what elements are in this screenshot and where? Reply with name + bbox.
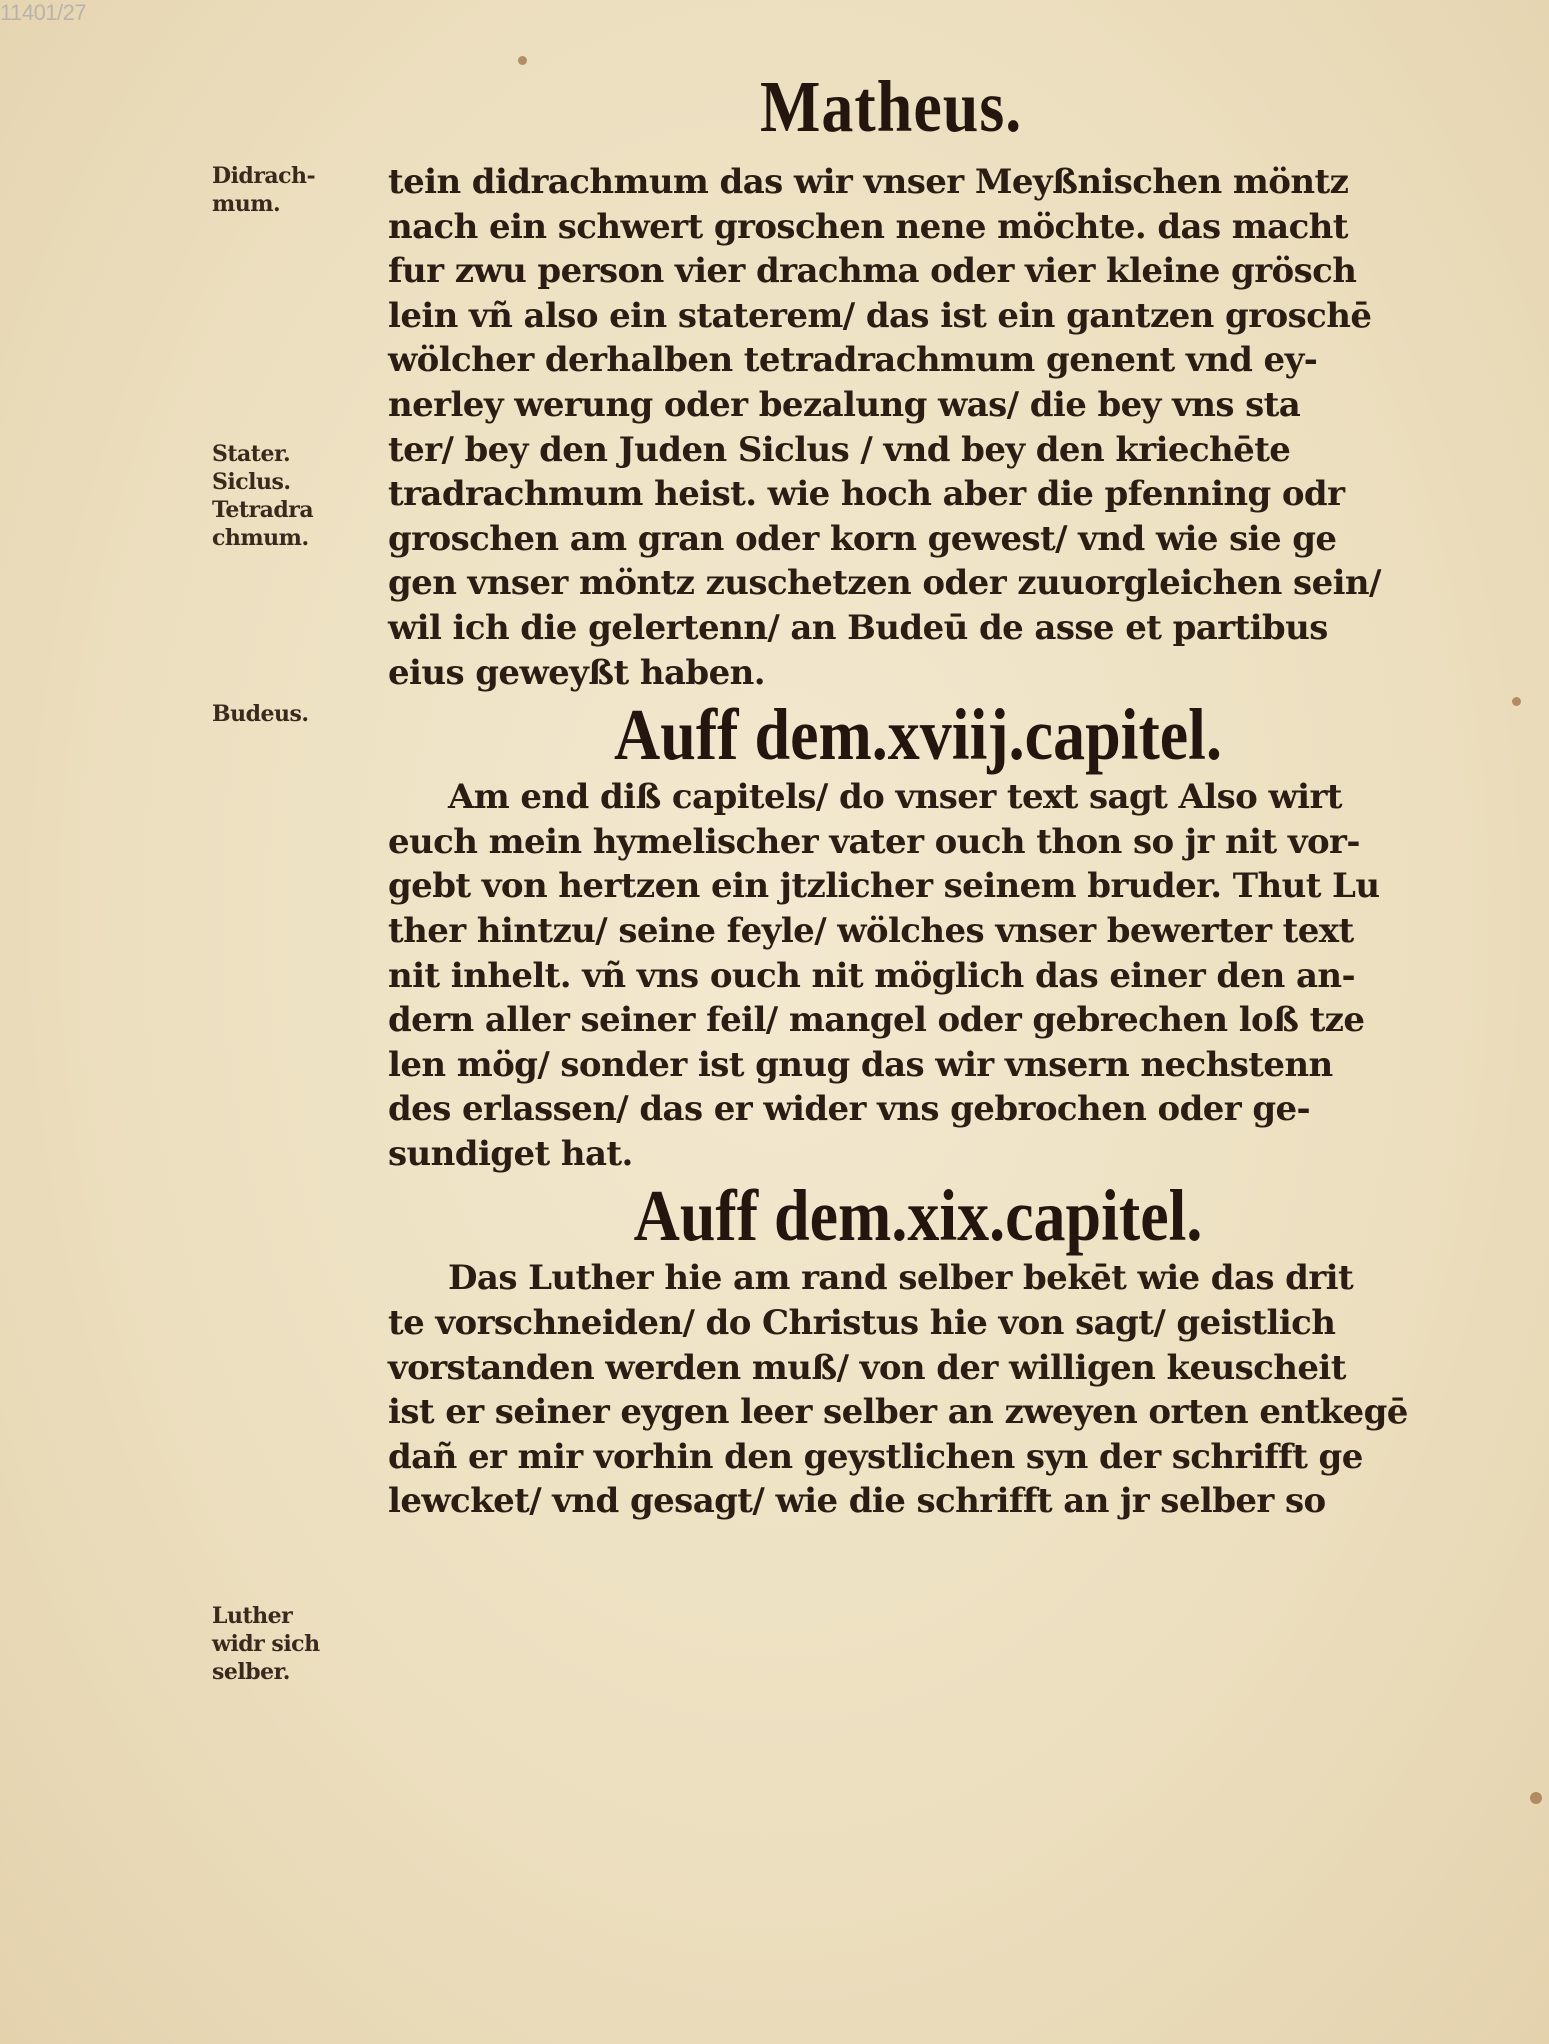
text-line: fur zwu person vier drachma oder vier kl…	[388, 249, 1448, 294]
text-line: te vorschneiden/ do Christus hie von sag…	[388, 1301, 1448, 1346]
text-line: len mög/ sonder ist gnug das wir vnsern …	[388, 1043, 1448, 1088]
text-line: groschen am gran oder korn gewest/ vnd w…	[388, 517, 1448, 562]
text-line: gen vnser möntz zuschetzen oder zuuorgle…	[388, 561, 1448, 606]
text-line: dern aller seiner feil/ mangel oder gebr…	[388, 998, 1448, 1043]
text-line: ter/ bey den Juden Siclus / vnd bey den …	[388, 428, 1448, 473]
margin-note-coins: Stater. Siclus. Tetradra chmum.	[212, 440, 313, 552]
section-chapter-18: Auff dem.xviij.capitel. Am end diß capit…	[388, 695, 1448, 1176]
margin-note-line: Tetradra	[212, 496, 313, 524]
text-line: wil ich die gelertenn/ an Budeū de asse …	[388, 606, 1448, 651]
paper-blemish	[518, 56, 527, 65]
text-line: euch mein hymelischer vater ouch thon so…	[388, 820, 1448, 865]
paper-blemish	[1512, 697, 1521, 706]
text-line: tein didrachmum das wir vnser Meyßnische…	[388, 160, 1448, 205]
chapter-heading: Auff dem.xviij.capitel.	[388, 689, 1448, 781]
text-line: gebt von hertzen ein jtzlicher seinem br…	[388, 864, 1448, 909]
margin-note-didrachmum: Didrach- mum.	[212, 162, 315, 218]
text-line: lewcket/ vnd gesagt/ wie die schrifft an…	[388, 1479, 1448, 1524]
body-text: tein didrachmum das wir vnser Meyßnische…	[388, 160, 1448, 1524]
margin-note-line: widr sich	[212, 1630, 320, 1658]
section-chapter-19: Auff dem.xix.capitel. Das Luther hie am …	[388, 1176, 1448, 1524]
text-line: Das Luther hie am rand selber bekēt wie …	[388, 1256, 1448, 1301]
text-line: des erlassen/ das er wider vns gebrochen…	[388, 1087, 1448, 1132]
text-line: vorstanden werden muß/ von der willigen …	[388, 1346, 1448, 1391]
text-line: nerley werung oder bezalung was/ die bey…	[388, 383, 1448, 428]
running-head: Matheus.	[760, 64, 1022, 149]
text-line: wölcher derhalben tetradrachmum genent v…	[388, 338, 1448, 383]
shelfmark-label: 11401/27	[0, 0, 86, 26]
paper-blemish	[1530, 1792, 1542, 1804]
margin-note-line: Didrach-	[212, 162, 315, 190]
margin-note-line: Budeus.	[212, 700, 309, 728]
margin-note-line: selber.	[212, 1658, 320, 1686]
text-line: ther hintzu/ seine feyle/ wölches vnser …	[388, 909, 1448, 954]
text-line: ist er seiner eygen leer selber an zweye…	[388, 1390, 1448, 1435]
margin-note-line: Stater.	[212, 440, 313, 468]
section-continuation: tein didrachmum das wir vnser Meyßnische…	[388, 160, 1448, 695]
margin-note-line: mum.	[212, 190, 315, 218]
margin-note-line: chmum.	[212, 524, 313, 552]
chapter-heading: Auff dem.xix.capitel.	[388, 1170, 1448, 1262]
text-line: nach ein schwert groschen nene möchte. d…	[388, 205, 1448, 250]
margin-note-budeus: Budeus.	[212, 700, 309, 728]
text-line: tradrachmum heist. wie hoch aber die pfe…	[388, 472, 1448, 517]
text-line: Am end diß capitels/ do vnser text sagt …	[388, 775, 1448, 820]
text-line: dañ er mir vorhin den geystlichen syn de…	[388, 1435, 1448, 1480]
margin-note-line: Luther	[212, 1602, 320, 1630]
text-line: nit inhelt. vñ vns ouch nit möglich das …	[388, 954, 1448, 999]
margin-note-luther: Luther widr sich selber.	[212, 1602, 320, 1686]
margin-note-line: Siclus.	[212, 468, 313, 496]
text-line: lein vñ also ein staterem/ das ist ein g…	[388, 294, 1448, 339]
